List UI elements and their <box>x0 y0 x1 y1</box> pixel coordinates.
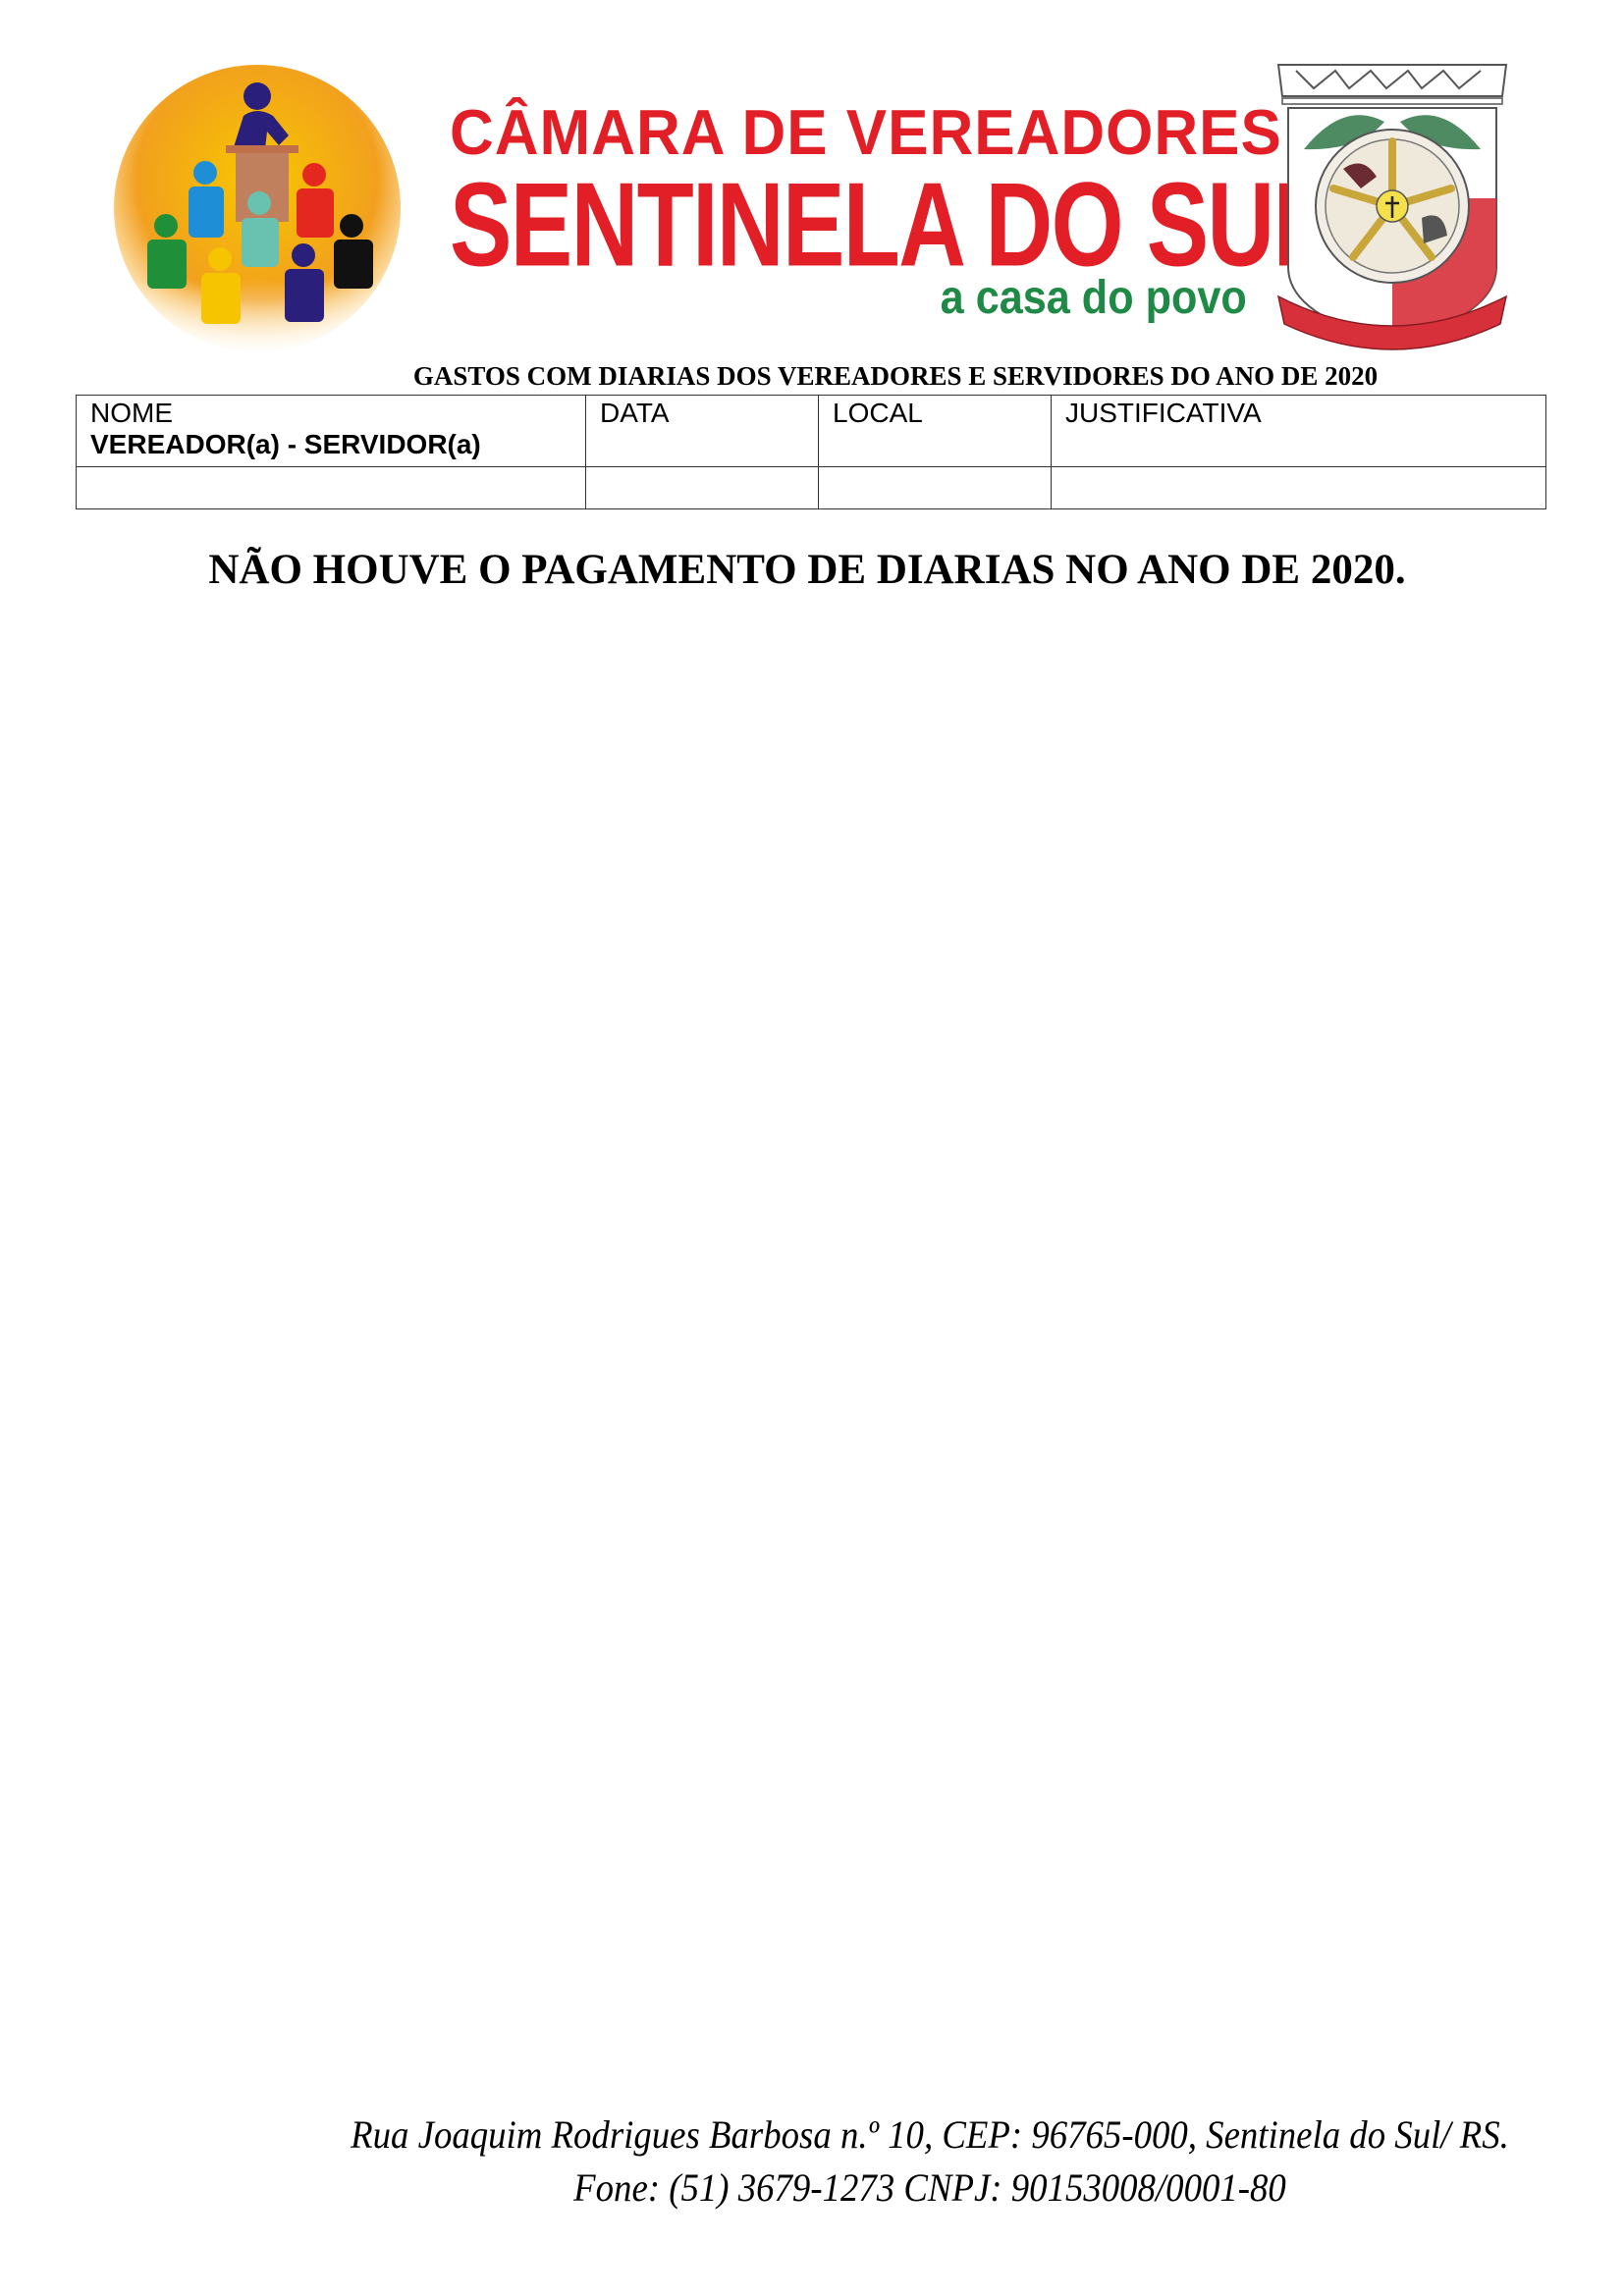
cell-data <box>586 467 819 509</box>
column-sublabel-nome: VEREADOR(a) - SERVIDOR(a) <box>90 429 571 460</box>
column-label-nome: NOME <box>90 398 571 429</box>
footer-address-block: Rua Joaquim Rodrigues Barbosa n.º 10, CE… <box>0 2109 1624 2215</box>
document-title: GASTOS COM DIARIAS DOS VEREADORES E SERV… <box>0 361 1624 392</box>
header-wordmark: CÂMARA DE VEREADORES SENTINELA DO SUL a … <box>442 90 1267 326</box>
notice-text: NÃO HOUVE O PAGAMENTO DE DIARIAS NO ANO … <box>208 546 1405 594</box>
table-row <box>77 467 1546 509</box>
column-header-justificativa: JUSTIFICATIVA <box>1052 396 1546 467</box>
column-header-local: LOCAL <box>819 396 1052 467</box>
per-diem-table: NOME VEREADOR(a) - SERVIDOR(a) DATA LOCA… <box>76 395 1546 509</box>
table-header-row: NOME VEREADOR(a) - SERVIDOR(a) DATA LOCA… <box>77 396 1546 467</box>
cell-local <box>819 467 1052 509</box>
column-header-nome: NOME VEREADOR(a) - SERVIDOR(a) <box>77 396 586 467</box>
document-title-text: GASTOS COM DIARIAS DOS VEREADORES E SERV… <box>413 361 1378 392</box>
footer-contact: Fone: (51) 3679-1273 CNPJ: 90153008/0001… <box>292 2162 1569 2215</box>
column-header-data: DATA <box>586 396 819 467</box>
no-payment-notice: NÃO HOUVE O PAGAMENTO DE DIARIAS NO ANO … <box>0 546 1624 594</box>
coat-of-arms-icon <box>1274 61 1510 357</box>
cell-justificativa <box>1052 467 1546 509</box>
footer-address: Rua Joaquim Rodrigues Barbosa n.º 10, CE… <box>292 2109 1569 2162</box>
assembly-logo-icon <box>110 61 405 355</box>
cell-nome <box>77 467 586 509</box>
tagline: a casa do povo <box>941 271 1247 325</box>
